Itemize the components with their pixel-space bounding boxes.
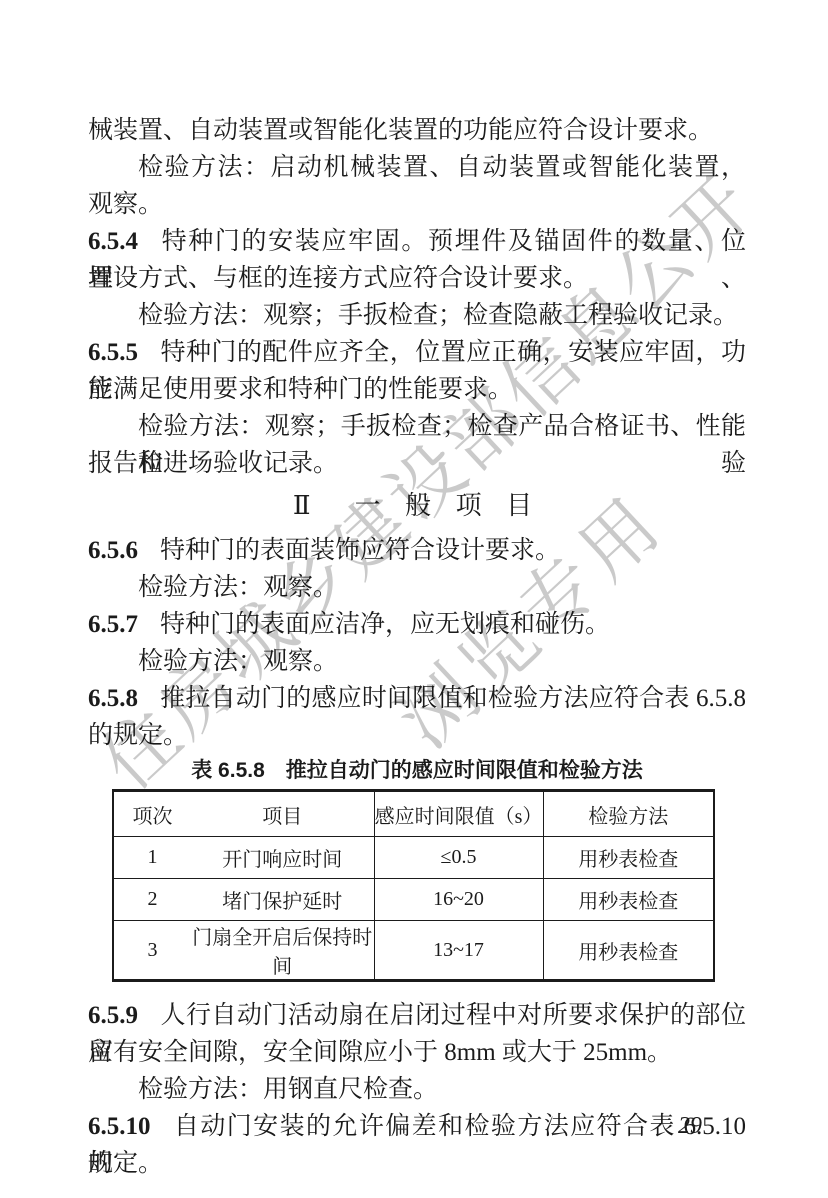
clause-number: 6.5.7 xyxy=(88,611,138,638)
document-page: 住房城乡建设部信息公开 浏览专用 械装置、自动装置或智能化装置的功能应符合设计要… xyxy=(0,0,828,1198)
clause-number: 6.5.5 xyxy=(88,339,138,366)
clause-text: 推拉自动门的感应时间限值和检验方法应符合表 6.5.8 xyxy=(160,685,746,712)
table-header-row: 项次项目感应时间限值（s）检验方法 xyxy=(113,791,714,837)
table-row: 1开门响应时间≤0.5用秒表检查 xyxy=(113,837,714,879)
clause-number: 6.5.10 xyxy=(88,1113,151,1140)
table-header-cell: 项次 xyxy=(113,791,191,837)
clause-number: 6.5.6 xyxy=(88,537,138,564)
section-heading: Ⅱ 一 般 项 目 xyxy=(88,487,746,525)
spec-table: 项次项目感应时间限值（s）检验方法1开门响应时间≤0.5用秒表检查2堵门保护延时… xyxy=(112,789,715,982)
clause-line: 6.5.10自动门安装的允许偏差和检验方法应符合表 6.5.10 的 xyxy=(88,1108,746,1145)
table-cell: 门扇全开启后保持时间 xyxy=(191,921,374,981)
text-line: 观察。 xyxy=(88,186,746,223)
clause-number: 6.5.9 xyxy=(88,1002,138,1029)
clause-text: 特种门的表面应洁净，应无划痕和碰伤。 xyxy=(160,611,610,638)
clause-line: 6.5.5特种门的配件应齐全，位置应正确，安装应牢固，功能 xyxy=(88,334,746,371)
text-line: 规定。 xyxy=(88,1145,746,1182)
table-cell: 2 xyxy=(113,879,191,921)
text-line: 检验方法：观察。 xyxy=(88,643,746,680)
text-line: 的规定。 xyxy=(88,717,746,754)
clause-number: 6.5.4 xyxy=(88,228,138,255)
text-line: 检验方法：观察。 xyxy=(88,569,746,606)
clause-line: 6.5.6特种门的表面装饰应符合设计要求。 xyxy=(88,532,746,569)
table-cell: ≤0.5 xyxy=(374,837,543,879)
page-number: 29 xyxy=(678,1113,702,1140)
table-cell: 13~17 xyxy=(374,921,543,981)
table-header-cell: 项目 xyxy=(191,791,374,837)
clause-number: 6.5.8 xyxy=(88,685,138,712)
table-row: 3门扇全开启后保持时间13~17用秒表检查 xyxy=(113,921,714,981)
table-cell: 堵门保护延时 xyxy=(191,879,374,921)
text-line: 应满足使用要求和特种门的性能要求。 xyxy=(88,371,746,408)
clause-line: 6.5.7特种门的表面应洁净，应无划痕和碰伤。 xyxy=(88,606,746,643)
clause-line: 6.5.9人行自动门活动扇在启闭过程中对所要求保护的部位应 xyxy=(88,997,746,1034)
table-cell: 用秒表检查 xyxy=(543,837,714,879)
table-row: 2堵门保护延时16~20用秒表检查 xyxy=(113,879,714,921)
table-cell: 16~20 xyxy=(374,879,543,921)
table-cell: 用秒表检查 xyxy=(543,879,714,921)
table-cell: 3 xyxy=(113,921,191,981)
table-cell: 开门响应时间 xyxy=(191,837,374,879)
text-line: 械装置、自动装置或智能化装置的功能应符合设计要求。 xyxy=(88,112,746,149)
table-title: 表 6.5.8 推拉自动门的感应时间限值和检验方法 xyxy=(88,757,746,785)
text-line: 检验方法：观察；手扳检查；检查隐蔽工程验收记录。 xyxy=(88,297,746,334)
text-line: 留有安全间隙，安全间隙应小于 8mm 或大于 25mm。 xyxy=(88,1034,746,1071)
table-wrap: 项次项目感应时间限值（s）检验方法1开门响应时间≤0.5用秒表检查2堵门保护延时… xyxy=(88,789,746,982)
text-line: 检验方法：用钢直尺检查。 xyxy=(88,1071,746,1108)
clause-line: 6.5.4特种门的安装应牢固。预埋件及锚固件的数量、位置、 xyxy=(88,223,746,260)
text-line: 检验方法：观察；手扳检查；检查产品合格证书、性能检验 xyxy=(88,408,746,445)
clause-text: 特种门的表面装饰应符合设计要求。 xyxy=(160,537,560,564)
text-line: 检验方法：启动机械装置、自动装置或智能化装置， xyxy=(88,149,746,186)
table-cell: 用秒表检查 xyxy=(543,921,714,981)
clause-line: 6.5.8推拉自动门的感应时间限值和检验方法应符合表 6.5.8 xyxy=(88,680,746,717)
document-body: 械装置、自动装置或智能化装置的功能应符合设计要求。检验方法：启动机械装置、自动装… xyxy=(88,112,746,1182)
table-header-cell: 感应时间限值（s） xyxy=(374,791,543,837)
table-cell: 1 xyxy=(113,837,191,879)
table-header-cell: 检验方法 xyxy=(543,791,714,837)
